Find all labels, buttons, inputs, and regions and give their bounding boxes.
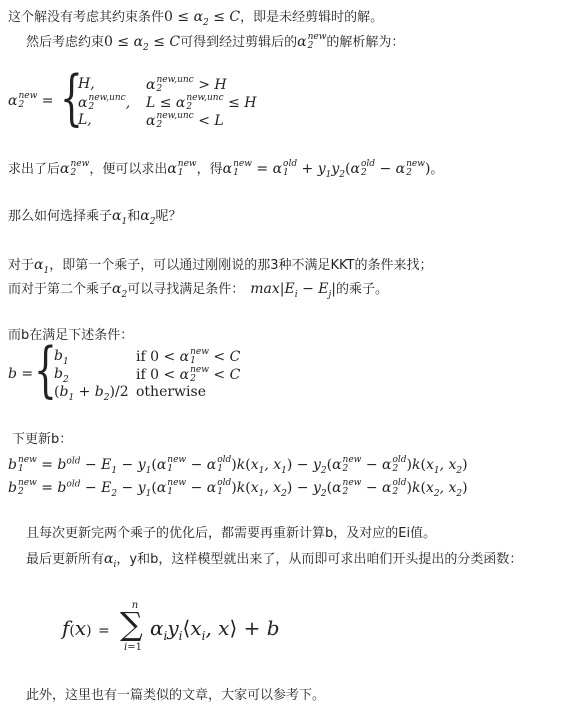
equation-b1-update: bnew1 = bold − E1 − y1(αnew1 − αold1)k(x…: [8, 456, 468, 474]
text: 此外，这里也有一篇类似的文章，大家可以参考下。: [26, 688, 325, 703]
paragraph-b-condition: 而b在满足下述条件：: [8, 327, 133, 345]
paragraph-alpha1-update: 求出了后αnew2，便可以求出αnew1，得αnew1 = αold1 + y1…: [8, 160, 443, 179]
case-row: (b1 + b2)/2: [54, 384, 129, 400]
case-condition: if 0 < αnew2 < C: [136, 366, 240, 384]
math-alpha2-new: αnew2: [60, 161, 89, 177]
math-alpha-i: αi: [104, 551, 116, 567]
paragraph-choose-multipliers: 那么如何选择乘子α1和α2呢？: [8, 207, 181, 226]
math-alpha1: α1: [34, 257, 49, 273]
paragraph-first-multiplier: 对于α1，即第一个乘子，可以通过刚刚说的那3种不满足KKT的条件来找；: [8, 256, 432, 275]
text: 下更新b：: [12, 432, 72, 447]
text: ，即是未经剪辑时的解。: [240, 10, 383, 25]
equation-b-select: b = { b1 if 0 < αnew1 < C b2 if 0 < αnew…: [8, 346, 308, 406]
text: ，即第一个乘子，可以通过刚刚说的那3种不满足KKT的条件来找；: [49, 258, 432, 273]
case-row: b1: [54, 348, 69, 364]
math-alpha1-update: αnew1 = αold1 + y1y2(αold2 − αnew2): [223, 161, 431, 177]
math-max-error: max|Ei − Ej|: [250, 281, 336, 297]
case-row: αnew,unc2,: [78, 94, 130, 112]
math-alpha2: α2: [112, 281, 127, 297]
case-condition: if 0 < αnew1 < C: [136, 348, 240, 366]
text: 而b在满足下述条件：: [8, 328, 133, 343]
text: ，便可以求出: [89, 162, 167, 177]
paragraph-recompute-b: 且每次更新完两个乘子的优化后，都需要再重新计算b，及对应的Ei值。: [26, 525, 436, 543]
text: 那么如何选择乘子: [8, 209, 112, 224]
paragraph-reference: 此外，这里也有一篇类似的文章，大家可以参考下。: [26, 687, 325, 705]
text: 这个解没有考虑其约束条件: [8, 10, 164, 25]
equation-lhs: b =: [8, 366, 33, 382]
equation-rhs: αiyi⟨xi, x⟩ + b: [150, 616, 280, 640]
text: 对于: [8, 258, 34, 273]
text: 最后更新所有: [26, 552, 104, 567]
equation-lhs: f(x) =: [62, 616, 110, 640]
text: 然后考虑约束: [26, 35, 104, 50]
math-alpha1-new: αnew1: [167, 161, 196, 177]
text: 可得到经过剪辑后的: [180, 35, 297, 50]
math-constraint: 0 ≤ α2 ≤ C: [104, 34, 180, 50]
case-row: L,: [78, 112, 92, 128]
equation-decision-function: f(x) = n ∑ i=1 αiyi⟨xi, x⟩ + b: [62, 604, 302, 660]
paragraph-clipped-solution: 然后考虑约束0 ≤ α2 ≤ C可得到经过剪辑后的αnew2的解析解为：: [26, 33, 404, 52]
case-row: H,: [78, 76, 95, 92]
text: ，y和b，这样模型就出来了，从而即可求出咱们开头提出的分类函数：: [116, 552, 522, 567]
sum-symbol: ∑: [120, 608, 143, 640]
math-alpha2-new: αnew2: [297, 34, 326, 50]
text: ，得: [197, 162, 223, 177]
text: 可以寻找满足条件：: [127, 282, 244, 297]
case-row: b2: [54, 366, 69, 382]
sum-lower-limit: i=1: [120, 642, 146, 653]
case-condition: L ≤ αnew,unc2 ≤ H: [146, 94, 257, 112]
paragraph-final-update: 最后更新所有αi，y和b，这样模型就出来了，从而即可求出咱们开头提出的分类函数：: [26, 550, 522, 569]
case-condition: otherwise: [136, 384, 206, 400]
text: 的乘子。: [336, 282, 388, 297]
text: 而对于第二个乘子: [8, 282, 112, 297]
equation-lhs: αnew2 =: [8, 92, 53, 110]
case-condition: αnew,unc2 > H: [146, 76, 227, 94]
paragraph-second-multiplier: 而对于第二个乘子α2可以寻找满足条件：max|Ei − Ej|的乘子。: [8, 280, 388, 299]
math-constraint: 0 ≤ α2 ≤ C: [164, 9, 240, 25]
text: 呢？: [155, 209, 181, 224]
equation-b2-update: bnew2 = bold − E2 − y1(αnew1 − αold1)k(x…: [8, 479, 468, 497]
paragraph-unclipped-solution: 这个解没有考虑其约束条件0 ≤ α2 ≤ C，即是未经剪辑时的解。: [8, 8, 383, 27]
math-alpha1: α1: [112, 208, 127, 224]
text: 求出了后: [8, 162, 60, 177]
math-alpha2: α2: [140, 208, 155, 224]
text: 和: [127, 209, 140, 224]
text: 且每次更新完两个乘子的优化后，都需要再重新计算b，及对应的Ei值。: [26, 526, 436, 541]
paragraph-update-b: 下更新b：: [12, 431, 72, 449]
case-condition: αnew,unc2 < L: [146, 112, 224, 130]
text: 。: [430, 162, 443, 177]
equation-alpha2-clip: αnew2 = { H, αnew,unc2 > H αnew,unc2, L …: [8, 72, 308, 134]
text: 的解析解为：: [326, 35, 404, 50]
